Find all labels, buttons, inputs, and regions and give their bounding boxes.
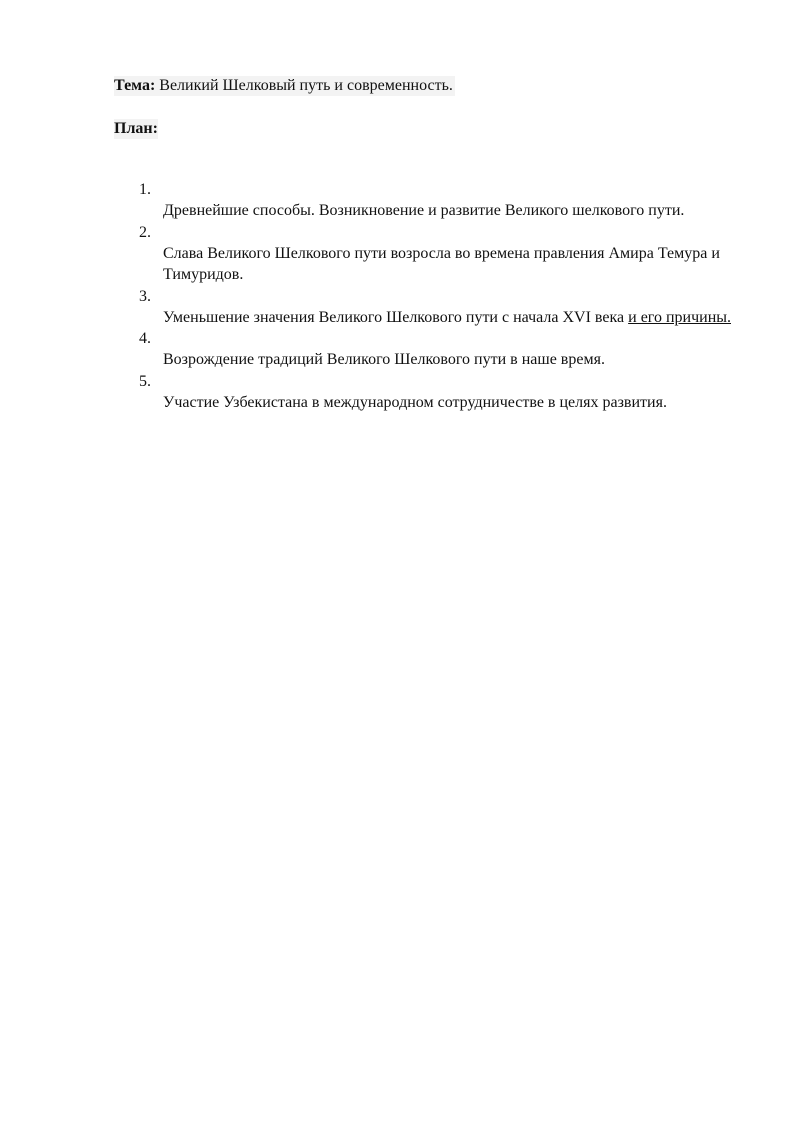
topic-label: Тема: [114, 77, 155, 94]
item-number: 1. [139, 179, 759, 200]
item-text-main: Слава Великого Шелкового пути возросла в… [163, 245, 720, 284]
item-text-main: Уменьшение значения Великого Шелкового п… [163, 309, 628, 326]
plan-item-5: 5. Участие Узбекистана в международном с… [139, 371, 759, 414]
topic-line: Тема: Великий Шелковый путь и современно… [114, 76, 455, 96]
item-text: Возрождение традиций Великого Шелкового … [163, 349, 759, 371]
topic-text: Великий Шелковый путь и современность. [159, 77, 453, 94]
plan-list: 1. Древнейшие способы. Возникновение и р… [139, 179, 759, 413]
item-text-main: Древнейшие способы. Возникновение и разв… [163, 202, 684, 219]
plan-item-3: 3. Уменьшение значения Великого Шелковог… [139, 286, 759, 329]
item-text: Древнейшие способы. Возникновение и разв… [163, 200, 759, 222]
item-number: 3. [139, 286, 759, 307]
item-text: Слава Великого Шелкового пути возросла в… [163, 243, 738, 286]
item-text-main: Возрождение традиций Великого Шелкового … [163, 351, 605, 368]
item-text: Уменьшение значения Великого Шелкового п… [163, 307, 759, 329]
item-number: 5. [139, 371, 759, 392]
item-text-underlined: и его причины. [628, 309, 731, 326]
plan-item-1: 1. Древнейшие способы. Возникновение и р… [139, 179, 759, 222]
item-text: Участие Узбекистана в международном сотр… [163, 392, 759, 414]
document-page: Тема: Великий Шелковый путь и современно… [0, 0, 800, 1131]
item-number: 2. [139, 222, 759, 243]
item-number: 4. [139, 328, 759, 349]
plan-item-2: 2. Слава Великого Шелкового пути возросл… [139, 222, 759, 286]
plan-heading: План: [114, 119, 158, 139]
item-text-main: Участие Узбекистана в международном сотр… [163, 394, 667, 411]
plan-item-4: 4. Возрождение традиций Великого Шелково… [139, 328, 759, 371]
